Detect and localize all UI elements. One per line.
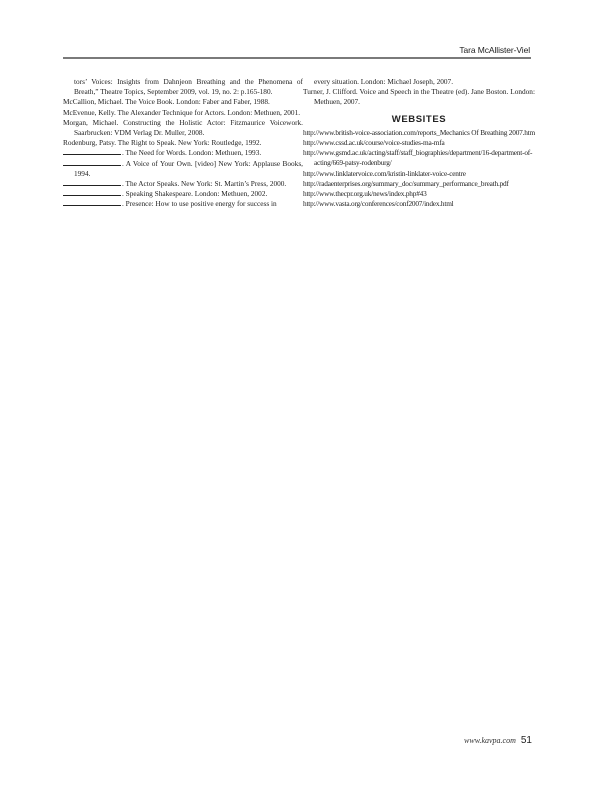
- reference-entry: tors’ Voices: Insights from Dahnjeon Bre…: [63, 77, 303, 97]
- reference-entry: every situation. London: Michael Joseph,…: [303, 77, 535, 87]
- website-link[interactable]: http://www.british-voice-association.com…: [303, 128, 535, 138]
- reference-entry: Rodenburg, Patsy. The Right to Speak. Ne…: [63, 138, 303, 148]
- website-link[interactable]: http://www.gsmd.ac.uk/acting/staff/staff…: [303, 148, 535, 168]
- reference-entry: McEvenue, Kelly. The Alexander Technique…: [63, 108, 303, 118]
- references-left-column: tors’ Voices: Insights from Dahnjeon Bre…: [63, 77, 303, 210]
- reference-entry-repeat-author: . The Actor Speaks. New York: St. Martin…: [63, 179, 303, 189]
- repeat-author-line: [63, 159, 121, 166]
- repeat-author-line: [63, 179, 121, 186]
- reference-entry: McCallion, Michael. The Voice Book. Lond…: [63, 97, 303, 107]
- website-link[interactable]: http://www.thecpr.org.uk/news/index.php#…: [303, 189, 535, 199]
- running-head: Tara McAllister-Viel: [459, 45, 530, 55]
- repeat-author-line: [63, 199, 121, 206]
- reference-text: . Speaking Shakespeare. London: Methuen,…: [122, 189, 267, 198]
- website-link[interactable]: http://radaenterprises.org/summary_doc/s…: [303, 179, 535, 189]
- reference-text: . The Need for Words. London: Methuen, 1…: [122, 148, 261, 157]
- reference-text: . The Actor Speaks. New York: St. Martin…: [122, 179, 286, 188]
- page-footer: www.kavpa.com 51: [464, 735, 532, 746]
- reference-entry-repeat-author: . Speaking Shakespeare. London: Methuen,…: [63, 189, 303, 199]
- reference-entry-repeat-author: . Presence: How to use positive energy f…: [63, 199, 303, 209]
- website-link[interactable]: http://www.vasta.org/conferences/conf200…: [303, 199, 535, 209]
- footer-website: www.kavpa.com: [464, 736, 516, 745]
- websites-heading: WEBSITES: [303, 115, 535, 125]
- references-right-column: every situation. London: Michael Joseph,…: [303, 77, 535, 209]
- repeat-author-line: [63, 189, 121, 196]
- reference-entry: Turner, J. Clifford. Voice and Speech in…: [303, 87, 535, 107]
- reference-text: . Presence: How to use positive energy f…: [122, 199, 277, 208]
- page-number: 51: [521, 735, 532, 746]
- website-link[interactable]: http://www.cssd.ac.uk/course/voice-studi…: [303, 138, 535, 148]
- header-rule: [63, 57, 531, 59]
- website-link[interactable]: http://www.linklatervoice.com/kristin-li…: [303, 169, 535, 179]
- reference-entry-repeat-author: . The Need for Words. London: Methuen, 1…: [63, 148, 303, 158]
- reference-entry-repeat-author: . A Voice of Your Own. [video] New York:…: [63, 159, 303, 179]
- reference-entry: Morgan, Michael. Constructing the Holist…: [63, 118, 303, 138]
- repeat-author-line: [63, 148, 121, 155]
